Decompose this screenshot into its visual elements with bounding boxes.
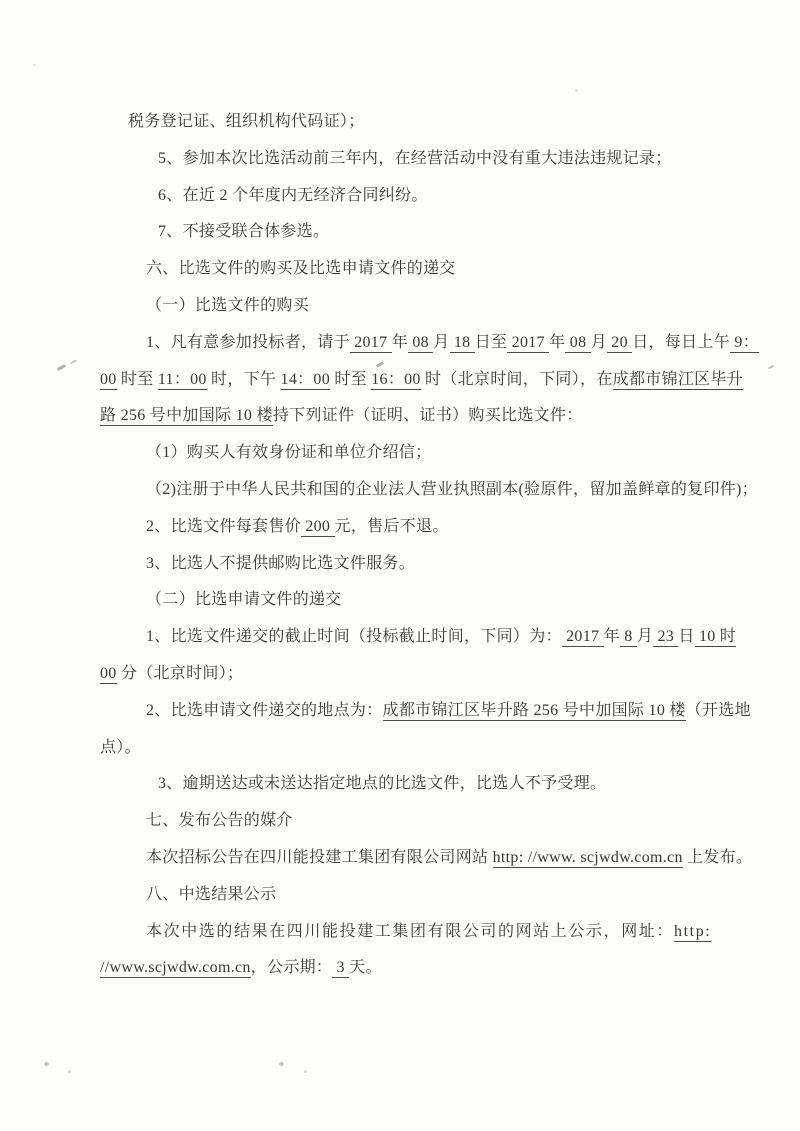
filled-blank-value: 3 <box>332 959 349 978</box>
text-run: 2、比选文件每套售价 <box>146 518 301 535</box>
document-body: 税务登记证、组织机构代码证）； 5、参加本次比选活动前三年内，在经营活动中没有重… <box>100 104 765 987</box>
text-run: 时至 <box>330 371 371 388</box>
section-heading-8: 八、中选结果公示 <box>146 877 765 914</box>
subsection-heading-2: （二）比选申请文件的递交 <box>146 582 765 619</box>
filled-blank-value: 16：00 <box>371 371 421 390</box>
text-run: 1、凡有意参加投标者，请于 <box>146 334 350 351</box>
filled-blank-value: 路 256 号中加国际 10 楼 <box>100 407 273 426</box>
filled-blank-value: 20 <box>607 334 632 353</box>
text-run: 时，下午 <box>207 371 281 388</box>
doc-line-2: 5、参加本次比选活动前三年内，在经营活动中没有重大违法违规记录； <box>158 141 765 178</box>
text-run: 年 <box>392 334 408 351</box>
text-run: ，公示期： <box>251 959 333 976</box>
filled-blank-value: 08 <box>565 334 590 353</box>
pen-mark <box>768 365 774 370</box>
text-run: 八、中选结果公示 <box>146 886 276 903</box>
text-run: 本次中选的结果在四川能投建工集团有限公司的网站上公示，网址： <box>146 923 674 940</box>
filled-blank-value: 00 <box>100 371 117 390</box>
text-run: 税务登记证、组织机构代码证）； <box>128 113 365 130</box>
text-run: 日至 <box>475 334 508 351</box>
text-run: 元，售后不退。 <box>335 518 449 535</box>
text-run: 时（北京时间，下同），在 <box>421 371 613 388</box>
filled-blank-value: 成都市锦江区毕升路 256 号中加国际 10 楼 <box>383 702 686 721</box>
doc-line-9: 路 256 号中加国际 10 楼持下列证件（证明、证书）购买比选文件： <box>100 398 765 435</box>
scan-speckle <box>279 1062 284 1066</box>
text-run: 6、在近 2 个年度内无经济合同纠纷。 <box>158 187 428 204</box>
text-run: 2、比选申请文件递交的地点为： <box>146 702 383 719</box>
doc-line-4: 7、不接受联合体参选。 <box>158 214 765 251</box>
doc-line-19: 3、逾期送达或未送达指定地点的比选文件，比选人不予受理。 <box>158 766 765 803</box>
subsection-heading-1: （一）比选文件的购买 <box>146 288 765 325</box>
doc-line-12: 2、比选文件每套售价 200 元，售后不退。 <box>146 509 765 546</box>
filled-blank-value: 23 <box>653 628 678 647</box>
filled-blank-value: 9： <box>730 334 759 353</box>
doc-line-24: //www.scjwdw.com.cn，公示期： 3 天。 <box>100 950 765 987</box>
doc-line-1: 税务登记证、组织机构代码证）； <box>128 104 765 141</box>
doc-line-7: 1、凡有意参加投标者，请于 2017 年 08 月 18 日至 2017 年 0… <box>146 325 765 362</box>
filled-blank-value: 18 <box>450 334 475 353</box>
doc-line-21: 本次招标公告在四川能投建工集团有限公司网站 http: //www. scjwd… <box>146 840 765 877</box>
text-run: （1）购买人有效身份证和单位介绍信； <box>146 444 431 461</box>
text-run: 月 <box>591 334 607 351</box>
doc-line-16: 00 分（北京时间）； <box>100 656 765 693</box>
filled-blank-value: 2017 <box>507 334 549 353</box>
text-run: 5、参加本次比选活动前三年内，在经营活动中没有重大违法违规记录； <box>158 150 672 167</box>
text-run: （开选地 <box>686 702 751 719</box>
filled-blank-value: http: <box>674 923 711 942</box>
doc-line-15: 1、比选文件递交的截止时间（投标截止时间，下同）为： 2017 年 8 月 23… <box>146 619 765 656</box>
filled-blank-value: 8 <box>620 628 637 647</box>
doc-line-13: 3、比选人不提供邮购比选文件服务。 <box>146 546 765 583</box>
doc-line-10: （1）购买人有效身份证和单位介绍信； <box>146 435 765 472</box>
scan-speckle <box>304 1070 307 1073</box>
text-run: 上发布。 <box>683 849 753 866</box>
section-heading-6: 六、比选文件的购买及比选申请文件的递交 <box>146 251 765 288</box>
filled-blank-value: 10 时 <box>695 628 737 647</box>
text-run: 1、比选文件递交的截止时间（投标截止时间，下同）为： <box>146 628 562 645</box>
text-run: 年 <box>549 334 565 351</box>
text-run: 持下列证件（证明、证书）购买比选文件： <box>273 407 583 424</box>
scanned-page: 税务登记证、组织机构代码证）； 5、参加本次比选活动前三年内，在经营活动中没有重… <box>0 0 800 1131</box>
text-run: （2)注册于中华人民共和国的企业法人营业执照副本(验原件，留加盖鲜章的复印件)； <box>146 481 758 498</box>
text-run: 7、不接受联合体参选。 <box>158 223 329 240</box>
text-run: 日 <box>678 628 694 645</box>
text-run: 时至 <box>117 371 158 388</box>
text-run: 3、逾期送达或未送达指定地点的比选文件，比选人不予受理。 <box>158 775 606 792</box>
section-heading-7: 七、发布公告的媒介 <box>146 803 765 840</box>
doc-line-17: 2、比选申请文件递交的地点为：成都市锦江区毕升路 256 号中加国际 10 楼（… <box>146 693 765 730</box>
text-run: 本次招标公告在四川能投建工集团有限公司网站 <box>146 849 493 866</box>
text-run: （二）比选申请文件的递交 <box>146 591 342 608</box>
filled-blank-value: http: //www. scjwdw.com.cn <box>493 849 683 868</box>
text-run: 七、发布公告的媒介 <box>146 812 293 829</box>
filled-blank-value: //www.scjwdw.com.cn <box>100 959 251 978</box>
text-run: 点）。 <box>100 739 141 756</box>
doc-line-18: 点）。 <box>100 730 765 767</box>
text-run: 年 <box>604 628 620 645</box>
pen-mark <box>57 364 66 371</box>
scan-speckle <box>68 1070 71 1073</box>
filled-blank-value: 成都市锦江区毕升 <box>613 371 743 390</box>
filled-blank-value: 08 <box>408 334 433 353</box>
filled-blank-value: 2017 <box>350 334 392 353</box>
filled-blank-value: 14：00 <box>281 371 331 390</box>
doc-line-8: 00 时至 11：00 时，下午 14：00 时至 16：00 时（北京时间，下… <box>100 362 765 399</box>
scan-speckle <box>575 89 578 92</box>
text-run: 天。 <box>349 959 382 976</box>
filled-blank-value: 00 <box>100 665 117 684</box>
text-run: （一）比选文件的购买 <box>146 297 309 314</box>
text-run: 分（北京时间）； <box>117 665 244 682</box>
scan-speckle <box>44 1062 49 1066</box>
filled-blank-value: 11：00 <box>158 371 207 390</box>
text-run: 日，每日上午 <box>632 334 730 351</box>
text-run: 3、比选人不提供邮购比选文件服务。 <box>146 555 415 572</box>
text-run: 月 <box>433 334 449 351</box>
pen-mark <box>70 359 77 364</box>
filled-blank-value: 2017 <box>562 628 604 647</box>
scan-speckle <box>33 64 36 66</box>
filled-blank-value: 200 <box>301 518 335 537</box>
doc-line-11: （2)注册于中华人民共和国的企业法人营业执照副本(验原件，留加盖鲜章的复印件)； <box>146 472 765 509</box>
doc-line-3: 6、在近 2 个年度内无经济合同纠纷。 <box>158 178 765 215</box>
doc-line-23: 本次中选的结果在四川能投建工集团有限公司的网站上公示，网址：http: <box>146 914 765 951</box>
text-run: 月 <box>637 628 653 645</box>
text-run: 六、比选文件的购买及比选申请文件的递交 <box>146 260 456 277</box>
